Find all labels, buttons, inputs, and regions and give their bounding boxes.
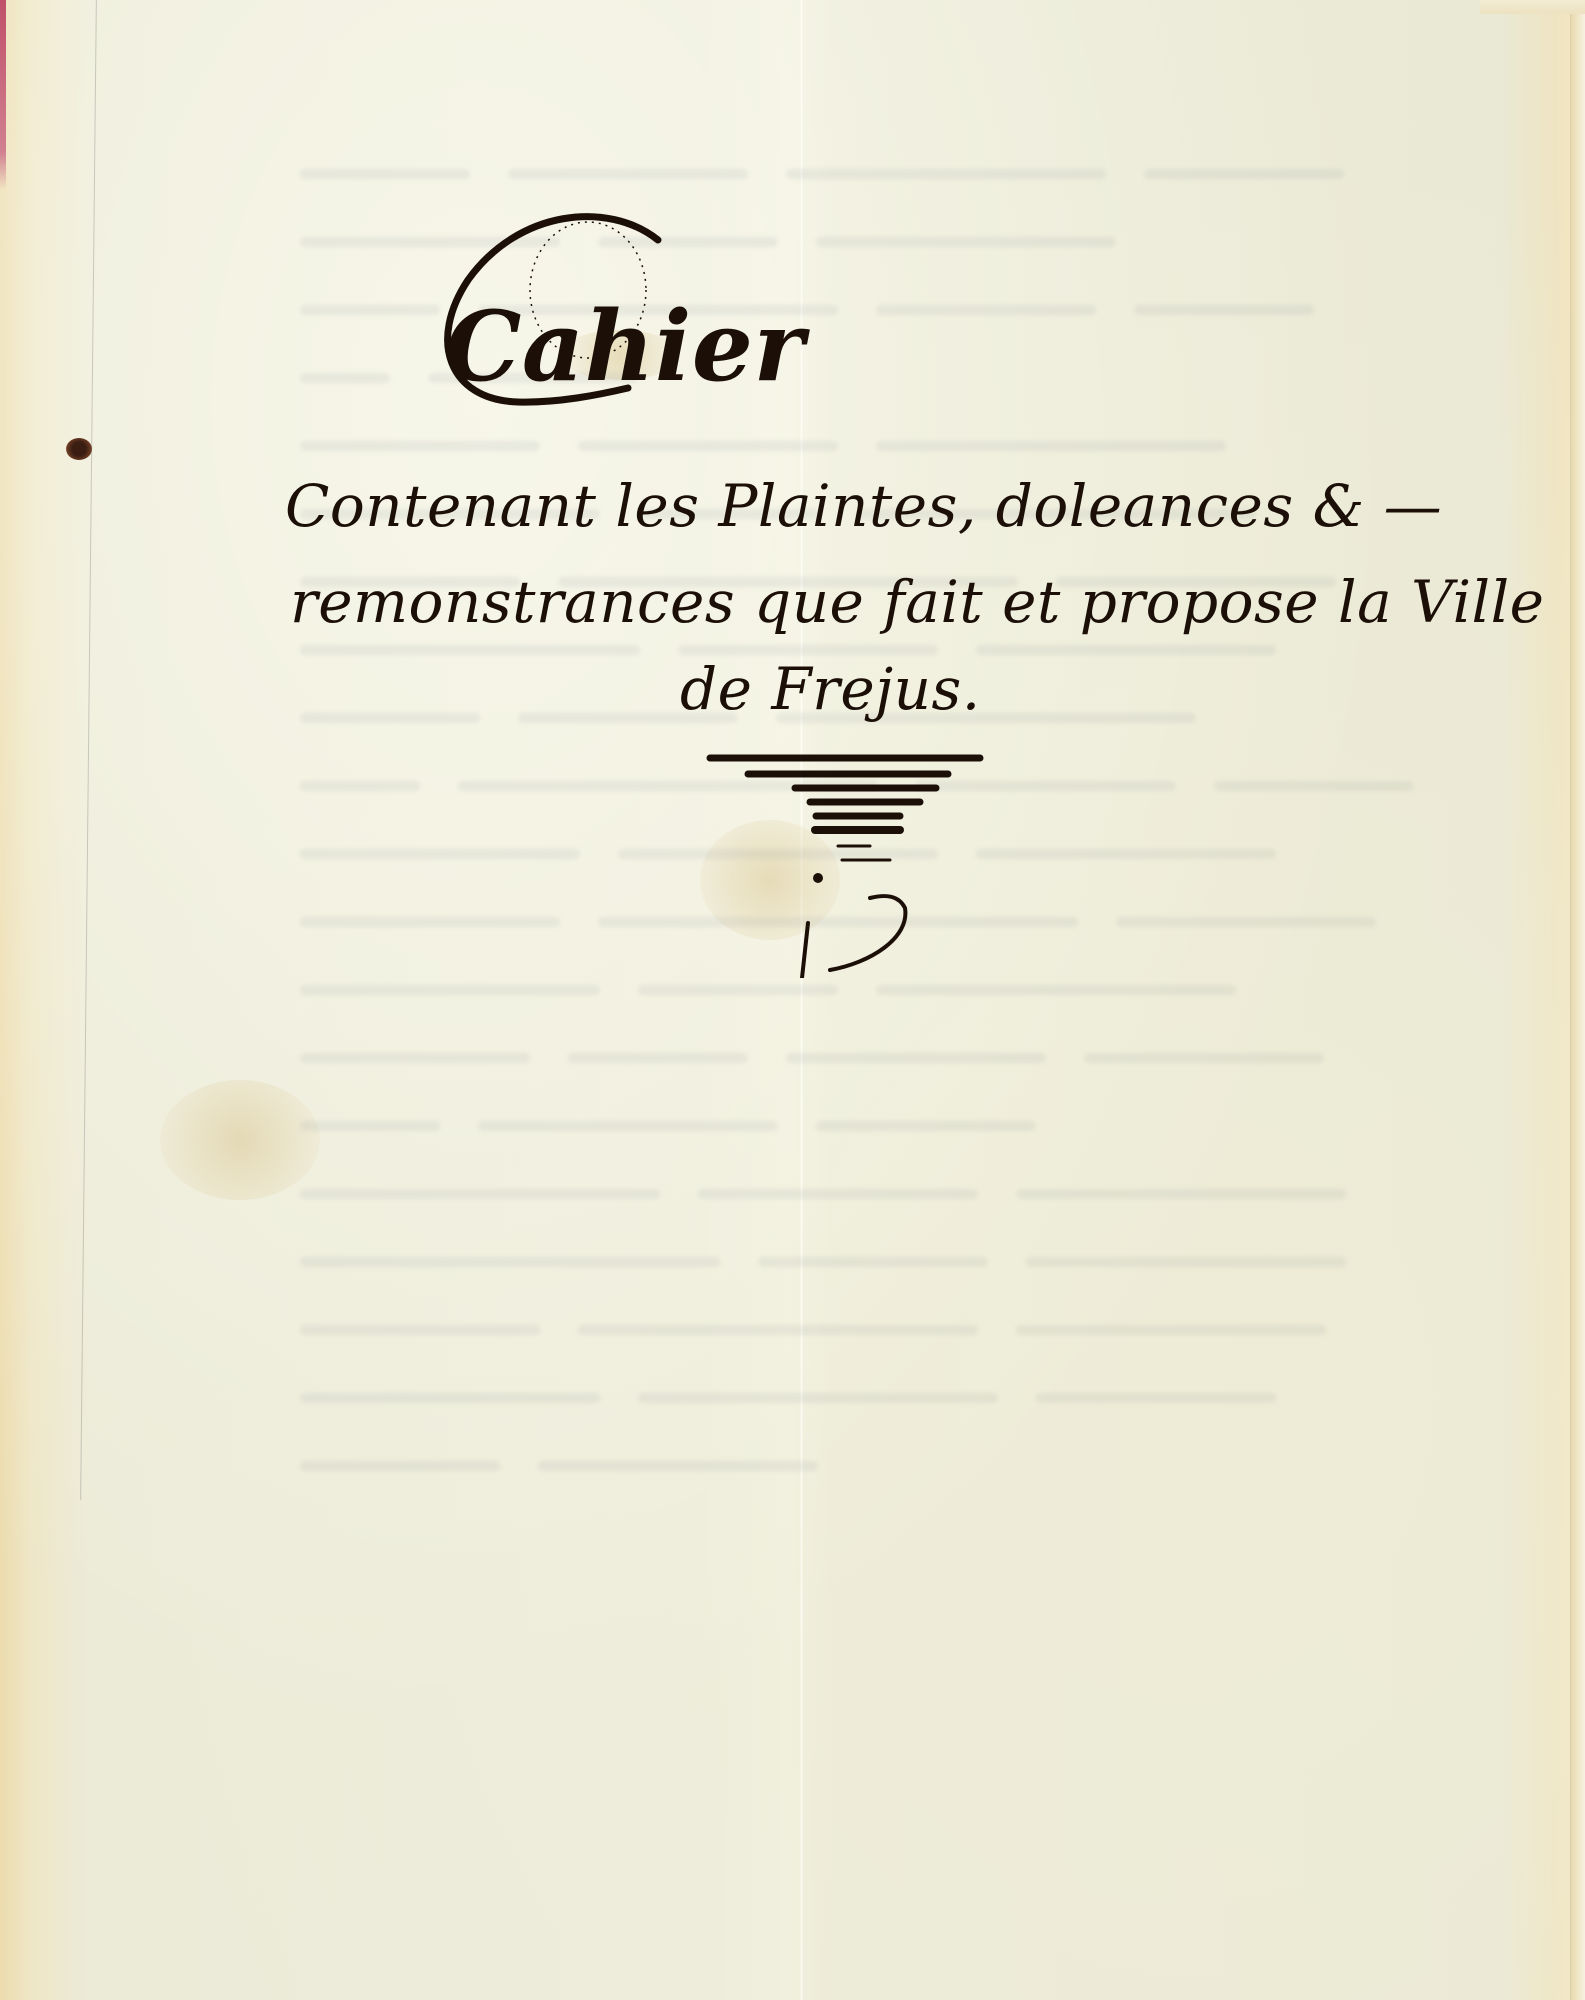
binding-edge	[0, 0, 6, 190]
page-top-edge	[1480, 0, 1585, 14]
decorative-flourish	[700, 748, 1000, 978]
ink-blot	[66, 438, 92, 460]
subtitle-line-1: Contenant les Plaintes, doleances & —	[285, 472, 1442, 540]
page-right-edge	[1570, 0, 1585, 2000]
subtitle-line-2: remonstrances que fait et propose la Vil…	[290, 568, 1544, 636]
paper-stain	[160, 1080, 320, 1200]
manuscript-page: Cahier Contenant les Plaintes, doleances…	[0, 0, 1585, 2000]
paper-crease	[80, 0, 99, 1500]
document-title: Cahier	[445, 290, 805, 403]
subtitle-line-3: de Frejus.	[680, 655, 981, 723]
